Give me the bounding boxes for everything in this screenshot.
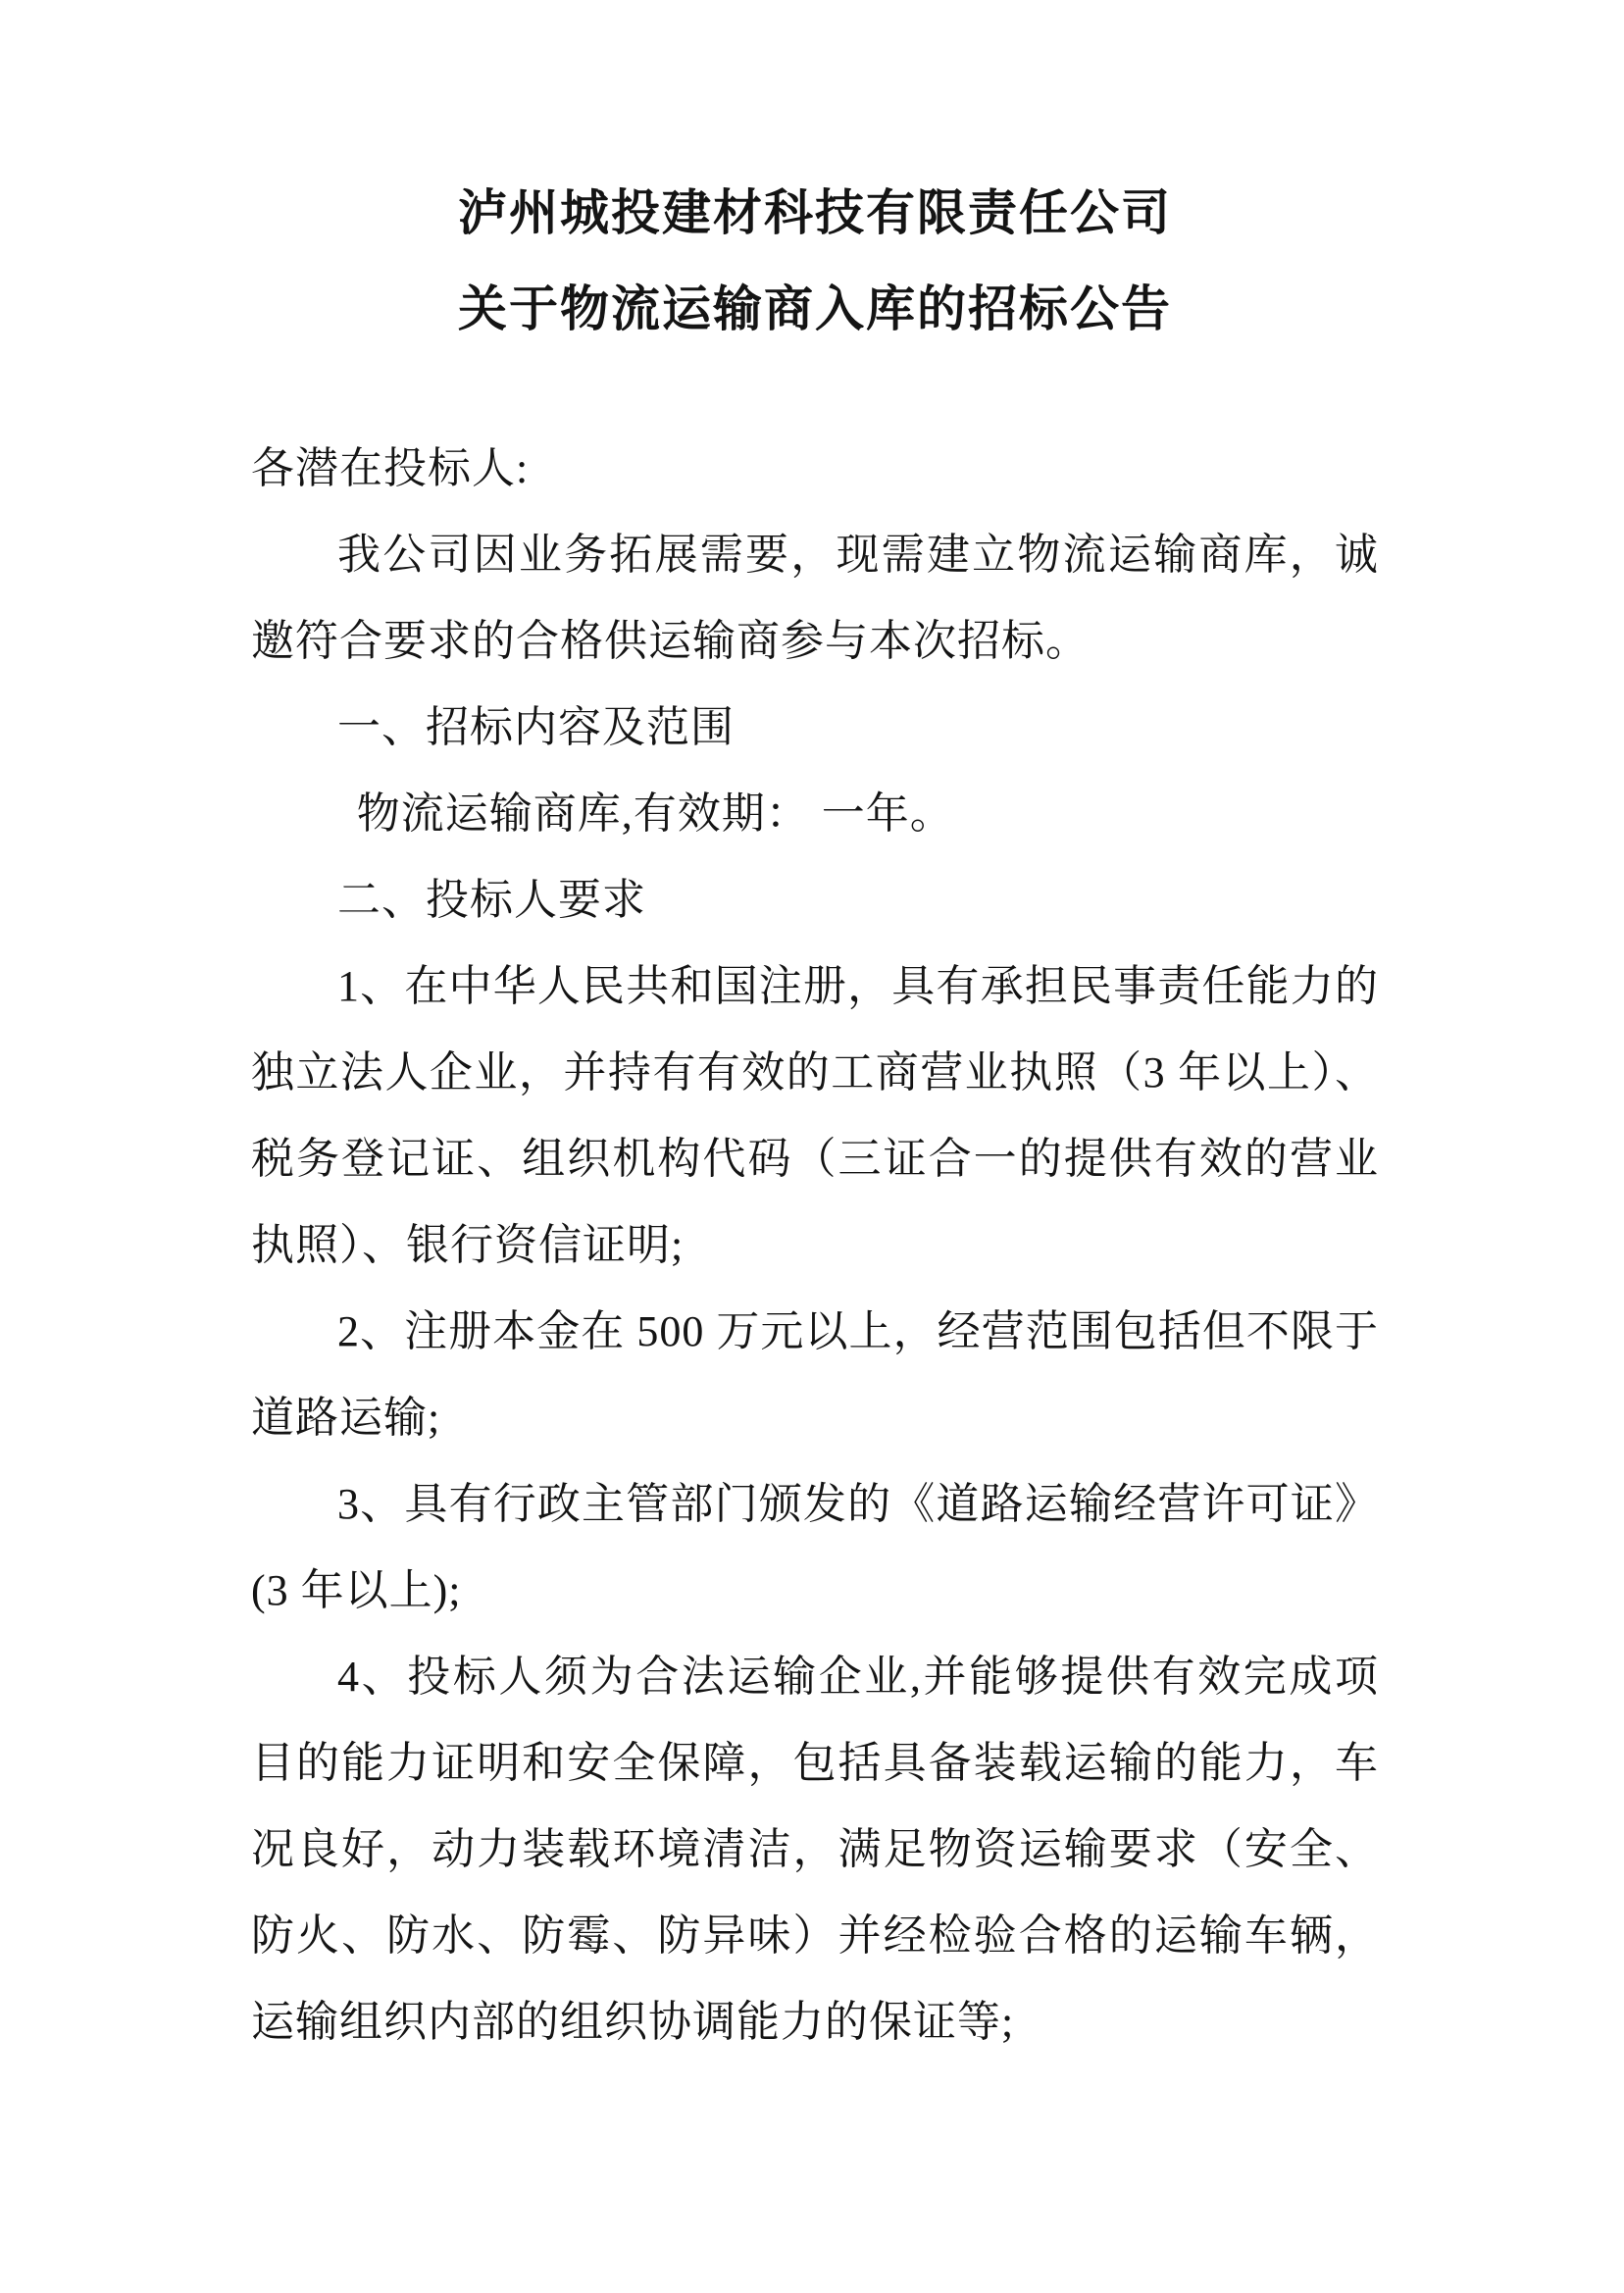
section-1-heading: 一、招标内容及范围 (251, 685, 1379, 771)
requirement-item-4: 4、投标人须为合法运输企业,并能够提供有效完成项目的能力证明和安全保障，包括具备… (251, 1634, 1379, 2065)
section-1-body: 物流运输商库,有效期： 一年。 (251, 771, 1379, 857)
document-title-line-2: 关于物流运输商入库的招标公告 (251, 261, 1379, 357)
requirement-item-3: 3、具有行政主管部门颁发的《道路运输经营许可证》(3 年以上); (251, 1461, 1379, 1634)
requirement-item-2: 2、注册本金在 500 万元以上，经营范围包括但不限于道路运输; (251, 1289, 1379, 1461)
scanned-document-page: 泸州城投建材科技有限责任公司 关于物流运输商入库的招标公告 各潜在投标人: 我公… (0, 0, 1624, 2293)
requirement-item-1: 1、在中华人民共和国注册，具有承担民事责任能力的独立法人企业，并持有有效的工商营… (251, 943, 1379, 1289)
document-content: 泸州城投建材科技有限责任公司 关于物流运输商入库的招标公告 各潜在投标人: 我公… (251, 0, 1379, 2065)
document-title-block: 泸州城投建材科技有限责任公司 关于物流运输商入库的招标公告 (251, 0, 1379, 357)
section-2-heading: 二、投标人要求 (251, 857, 1379, 943)
document-title-line-1: 泸州城投建材科技有限责任公司 (251, 165, 1379, 261)
intro-paragraph: 我公司因业务拓展需要，现需建立物流运输商库，诚邀符合要求的合格供运输商参与本次招… (251, 512, 1379, 685)
salutation: 各潜在投标人: (251, 426, 1379, 512)
